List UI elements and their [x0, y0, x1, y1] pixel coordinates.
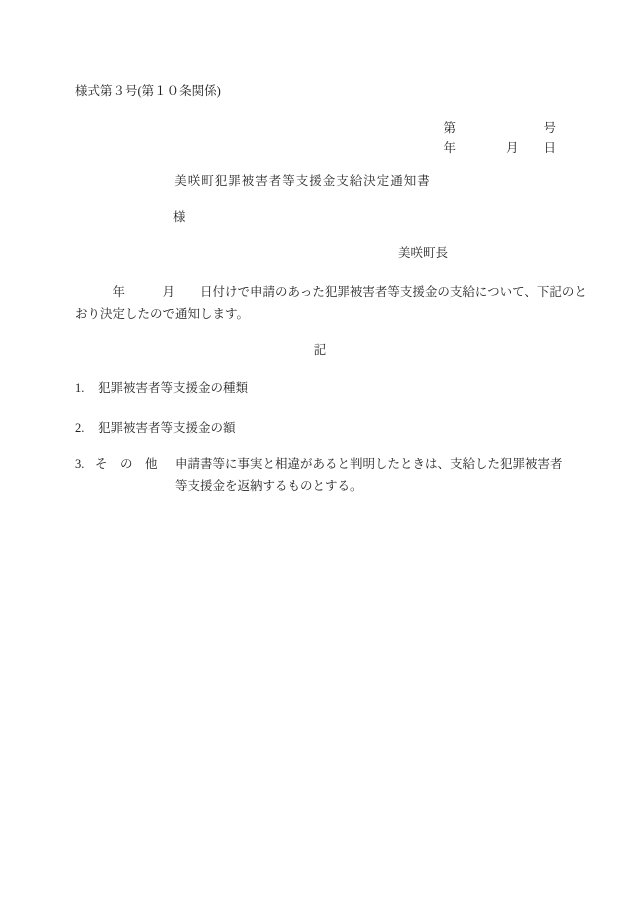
item-2-number: 2. [75, 417, 98, 439]
item-2-label: 犯罪被害者等支援金の額 [98, 417, 236, 439]
document-date-line: 年 月 日 [75, 138, 556, 158]
item-3-number: 3. [75, 453, 95, 475]
item-1-number: 1. [75, 377, 98, 399]
body-paragraph: 年 月 日付けで申請のあった犯罪被害者等支援金の支給について、下記のと おり決定… [75, 281, 590, 325]
item-1-label: 犯罪被害者等支援金の種類 [98, 377, 248, 399]
document-number-block: 第 号 年 月 日 [75, 118, 590, 158]
addressee-honorific: 様 [173, 206, 590, 228]
record-heading: 記 [75, 339, 590, 361]
form-number: 様式第３号(第１０条関係) [75, 80, 590, 102]
document-number-line: 第 号 [75, 118, 556, 138]
item-3-description: 申請書等に事実と相違があると判明したときは、支給した犯罪被害者 等支援金を返納す… [175, 453, 590, 497]
document-page: 様式第３号(第１０条関係) 第 号 年 月 日 美咲町犯罪被害者等支援金支給決定… [0, 0, 630, 903]
list-item-2: 2. 犯罪被害者等支援金の額 [75, 417, 590, 439]
item-3-label: そ の 他 [95, 453, 175, 475]
sender-line: 美咲町長 [398, 242, 590, 264]
list-item-1: 1. 犯罪被害者等支援金の種類 [75, 377, 590, 399]
document-title: 美咲町犯罪被害者等支援金支給決定通知書 [75, 170, 590, 192]
list-item-3: 3. そ の 他 申請書等に事実と相違があると判明したときは、支給した犯罪被害者… [75, 453, 590, 497]
